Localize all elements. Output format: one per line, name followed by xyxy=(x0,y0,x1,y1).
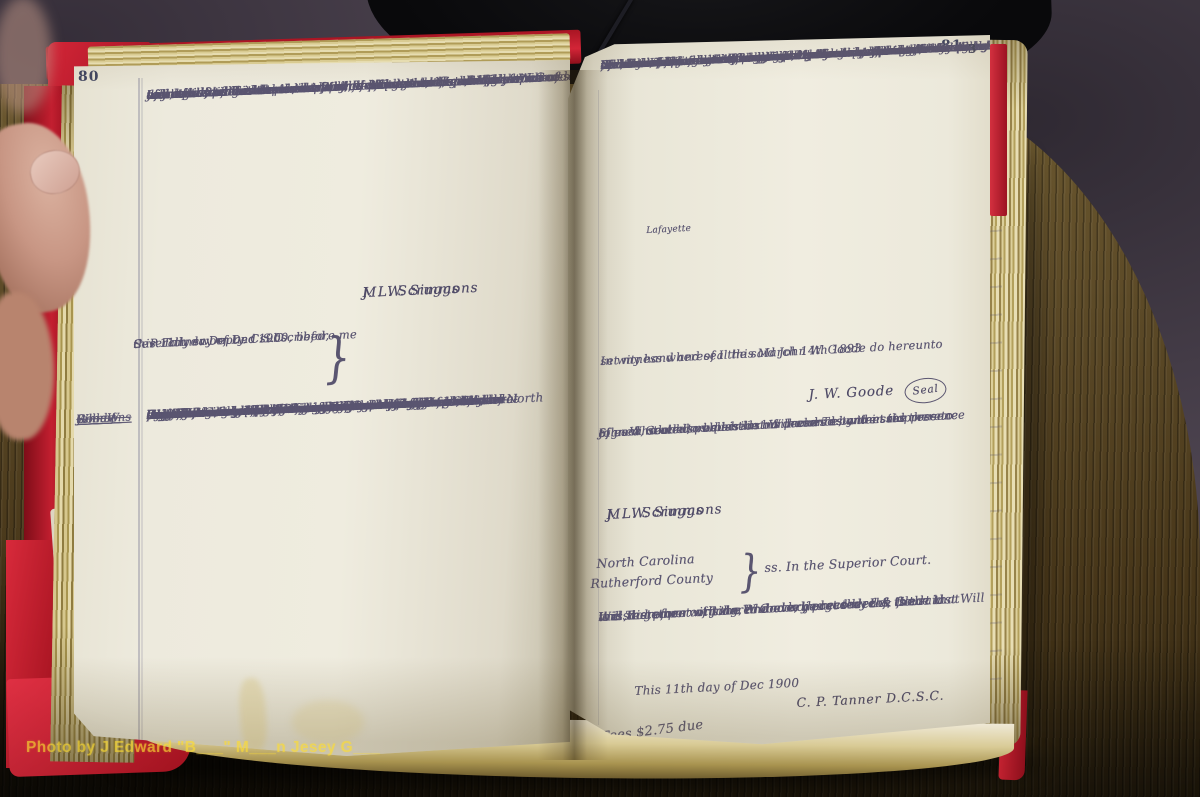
handwritten-line: aforesaid, and at the time of the depone… xyxy=(146,68,559,104)
page-stain xyxy=(292,700,364,744)
photographer-watermark: Photo by J Edward "B___" M___n Jesey G__… xyxy=(26,739,380,757)
handwritten-line: bounds — including the dwelling in which… xyxy=(146,391,475,424)
handwritten-line: hereby revoking and declaring utterly vo… xyxy=(600,38,951,74)
margin-note-line: Goode xyxy=(76,408,115,429)
left-page-number: 80 xyxy=(78,69,99,85)
handwritten-line: I John W Goode of the County of Rutherfo… xyxy=(146,388,544,424)
handwritten-line: this 11th day of Dec 1900, before me xyxy=(133,326,357,353)
handwritten-line: my estate. xyxy=(146,403,212,424)
photo-of-will-book: 3 80 aforesaid declare the said paper wr… xyxy=(0,0,1200,797)
handwritten-line: of the same, and every part and every cl… xyxy=(600,40,923,75)
handwritten-line: say not. xyxy=(146,84,196,104)
handwritten-line: testator. And this deponent further sait… xyxy=(146,68,543,104)
handwritten-line: Now therefore my will and desire is that… xyxy=(600,38,949,74)
handwritten-line: the said paper writing, and every part t… xyxy=(598,588,985,627)
handwritten-line: twenty acres more or less — to be set ou… xyxy=(146,391,483,424)
clerk-signature: C. P. Tanner D.C.S.C. xyxy=(796,685,945,714)
handwritten-line: declare this my last Will and Testament,… xyxy=(146,391,494,425)
handwritten-line: may first come into his hands, as a part… xyxy=(146,392,472,425)
handwritten-line: form following, that is to say: First, t… xyxy=(146,389,518,424)
seal-scribble: Seal xyxy=(903,376,948,406)
testator-signature: J. W. Goode xyxy=(808,383,894,403)
will-text: I John W Goode of the County of Rutherfo… xyxy=(146,387,572,406)
handwritten-line: and exhibited to be his last Will and Te… xyxy=(146,67,563,104)
jurat-brace: } xyxy=(323,325,352,389)
handwritten-line: suitable to the wishes of my relatives a… xyxy=(146,391,487,425)
venue-county: Rutherford County xyxy=(590,570,713,591)
handwritten-line: testing witness thereto, and at the requ… xyxy=(146,66,589,104)
venue-court: ss. In the Superior Court. xyxy=(764,552,932,575)
handwritten-line: and Testament of John W Goode deceased. … xyxy=(598,591,944,627)
handwritten-line: aforesaid declare the said paper writing… xyxy=(146,69,536,104)
signature: M. W. Simmons xyxy=(606,498,723,526)
next-page-number-peek: 3 xyxy=(968,42,977,56)
handwritten-line: pay all funeral expenses, together with … xyxy=(146,391,484,425)
handwritten-line: ing the uncertainty of my earthly existe… xyxy=(146,390,506,424)
venue-brace: } xyxy=(738,545,763,597)
red-cover-right-sliver xyxy=(990,44,1007,216)
handwritten-line: which I now live containing one hundred … xyxy=(146,393,430,424)
witness-clause-text: In witness whereof I the said John W. Go… xyxy=(600,332,991,352)
margin-note-line: John W. xyxy=(76,408,122,429)
handwritten-line: simple forever. I further devise that my… xyxy=(146,390,500,424)
handwritten-line: It is therefore considered and adjudged … xyxy=(598,590,960,627)
margin-rule-right xyxy=(598,90,599,725)
probate-order-date: This 11th day of Dec 1900 xyxy=(634,674,800,701)
left-page: 80 aforesaid declare the said paper writ… xyxy=(74,48,570,756)
signature: J. L. Scruggs xyxy=(362,278,460,304)
handwritten-line: the following property my home tract of … xyxy=(146,392,465,425)
handwritten-line: of us who at his request in his presence… xyxy=(598,405,965,442)
venue-state: North Carolina xyxy=(596,551,695,571)
handwritten-line: C. P. Tanner Depty. C.S.C. xyxy=(133,329,287,353)
handwritten-line: inafter named shall provide for my body … xyxy=(146,390,498,424)
handwritten-line: did thereupon subscribe his name at the … xyxy=(146,67,564,104)
margin-rule xyxy=(138,78,140,748)
right-page: 81 which I now live containing one hundr… xyxy=(568,30,990,745)
handwritten-line: John W Goode to be his last Will and Tes… xyxy=(598,406,959,443)
handwritten-line: Will, together with the Probate, be reco… xyxy=(598,592,924,627)
margin-note-line: Will of xyxy=(76,408,116,429)
handwritten-line: as an attesting witness thereto, as afor… xyxy=(146,67,575,104)
handwritten-line: shall have an equal share of my home pla… xyxy=(146,394,421,425)
handwritten-line: to have and to hold to them and their he… xyxy=(146,392,456,424)
handwritten-line: Carolina being of sound mind and memory,… xyxy=(146,390,503,424)
handwritten-line: Item — I give and devise to my beloved d… xyxy=(146,390,508,425)
signature: M. W. Simmons xyxy=(362,277,479,304)
deposition-text: aforesaid declare the said paper writing… xyxy=(146,67,570,86)
jurat-text: Severally sworn and subscribed,this 11th… xyxy=(133,327,333,336)
handwritten-line: John the said Testator subscribed his na… xyxy=(146,68,561,105)
handwritten-line: Signed, sealed, published and declared b… xyxy=(598,408,905,442)
handwritten-line: and belief of this deponent: And further… xyxy=(146,70,504,104)
handwritten-line: will, and was under no restraint, to the… xyxy=(146,68,545,104)
handwritten-line: nah Goode, and Lucy Manerva Goode now li… xyxy=(146,390,505,424)
probate-order-text: It is therefore considered and adjudged … xyxy=(598,588,997,608)
margin-note-struck-name: Simmons xyxy=(76,408,132,429)
handwritten-line: In witness whereof I the said John W. Go… xyxy=(600,335,943,371)
right-page-number: 81 xyxy=(941,38,962,54)
attestation-text: Signed, sealed, published and declared b… xyxy=(598,404,989,424)
testator-signature-row: J. W. GoodeSeal xyxy=(808,380,895,406)
handwritten-line: was of sound mind and memory, of full ag… xyxy=(146,70,496,104)
handwritten-line: Severally sworn and subscribed, xyxy=(133,327,329,353)
handwritten-line: set my hand and seal this March 14th 189… xyxy=(600,339,862,371)
handwritten-line: of each other do subscribe our names as … xyxy=(598,406,953,443)
interlineation-lafayette: Lafayette xyxy=(646,224,691,236)
handwritten-line: and Testaments by me made. xyxy=(600,47,776,74)
margin-note-will-of: Will of John W. Simmons Goode xyxy=(76,407,138,410)
signature: J. L. Scruggs xyxy=(606,499,704,526)
handwritten-line: howsoever & to whomsoever owing, out of … xyxy=(146,389,519,424)
